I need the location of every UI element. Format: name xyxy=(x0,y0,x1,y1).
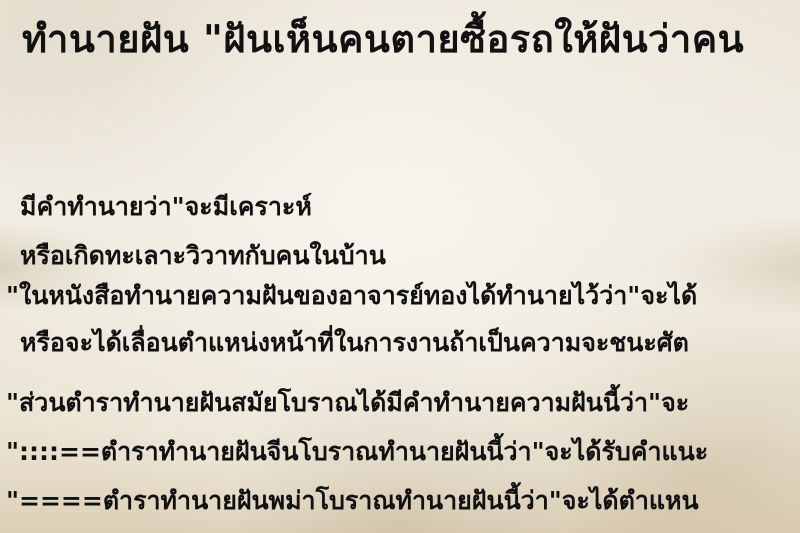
text-line: หรือเกิดทะเลาะวิวาทกับคนในบ้าน xyxy=(20,243,386,268)
text-line: มีคำทำนายว่า"จะมีเคราะห์ xyxy=(20,194,312,219)
parchment-background: ทำนายฝัน "ฝันเห็นคนตายซื้อรถให้ฝันว่าคน … xyxy=(0,0,800,533)
text-line: "::::==ตำราทำนายฝันจีนโบราณทำนายฝันนี้ว่… xyxy=(6,439,708,464)
text-line: "ส่วนตำราทำนายฝันสมัยโบราณได้มีคำทำนายคว… xyxy=(6,390,689,415)
text-line: "====ตำราทำนายฝันพม่าโบราณทำนายฝันนี้ว่า… xyxy=(6,488,699,513)
page-title: ทำนายฝัน "ฝันเห็นคนตายซื้อรถให้ฝันว่าคน xyxy=(22,20,744,58)
text-line: หรือจะได้เลื่อนตำแหน่งหน้าที่ในการงานถ้า… xyxy=(20,330,689,355)
text-line: "ในหนังสือทำนายความฝันของอาจารย์ทองได้ทำ… xyxy=(6,283,697,308)
